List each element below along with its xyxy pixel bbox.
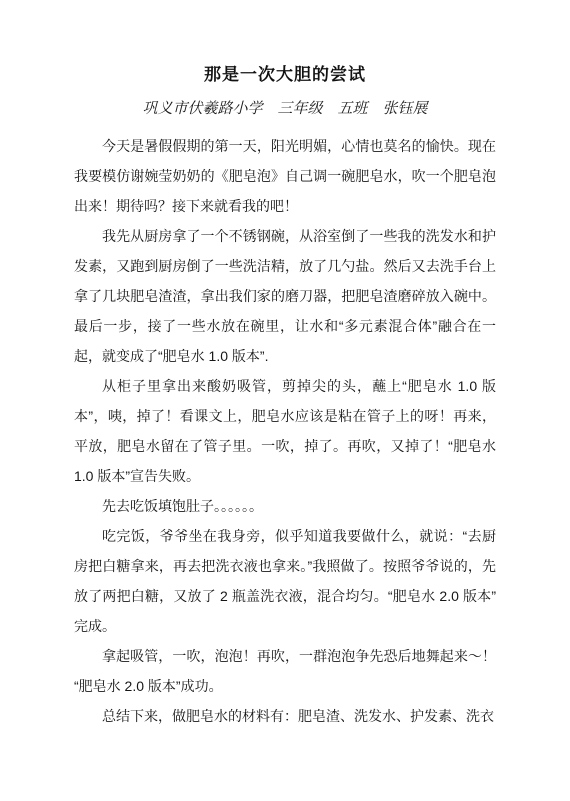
paragraph: 吃完饭，爷爷坐在我身旁，似乎知道我要做什么，就说：“去厨房把白糖拿来，再去把洗衣… [74, 521, 496, 641]
paragraph: 先去吃饭填饱肚子。。。。。。 [74, 491, 496, 521]
paragraph: 我先从厨房拿了一个不锈钢碗，从浴室倒了一些我的洗发水和护发素，又跑到厨房倒了一些… [74, 221, 496, 371]
essay-byline: 巩义市伏羲路小学 三年级 五班 张钰展 [0, 99, 570, 119]
paragraph: 拿起吸管，一吹，泡泡！再吹，一群泡泡争先恐后地舞起来～！“肥皂水 2.0 版本”… [74, 641, 496, 701]
paragraph: 今天是暑假假期的第一天，阳光明媚，心情也莫名的愉快。现在我要模仿谢婉莹奶奶的《肥… [74, 131, 496, 221]
paragraph: 从柜子里拿出来酸奶吸管，剪掉尖的头，蘸上“肥皂水 1.0 版本”，咦，掉了！看课… [74, 371, 496, 491]
essay-body: 今天是暑假假期的第一天，阳光明媚，心情也莫名的愉快。现在我要模仿谢婉莹奶奶的《肥… [74, 131, 496, 731]
paragraph: 总结下来，做肥皂水的材料有：肥皂渣、洗发水、护发素、洗衣 [74, 701, 496, 731]
document-page: 那是一次大胆的尝试 巩义市伏羲路小学 三年级 五班 张钰展 今天是暑假假期的第一… [0, 0, 570, 801]
essay-title: 那是一次大胆的尝试 [0, 0, 570, 86]
